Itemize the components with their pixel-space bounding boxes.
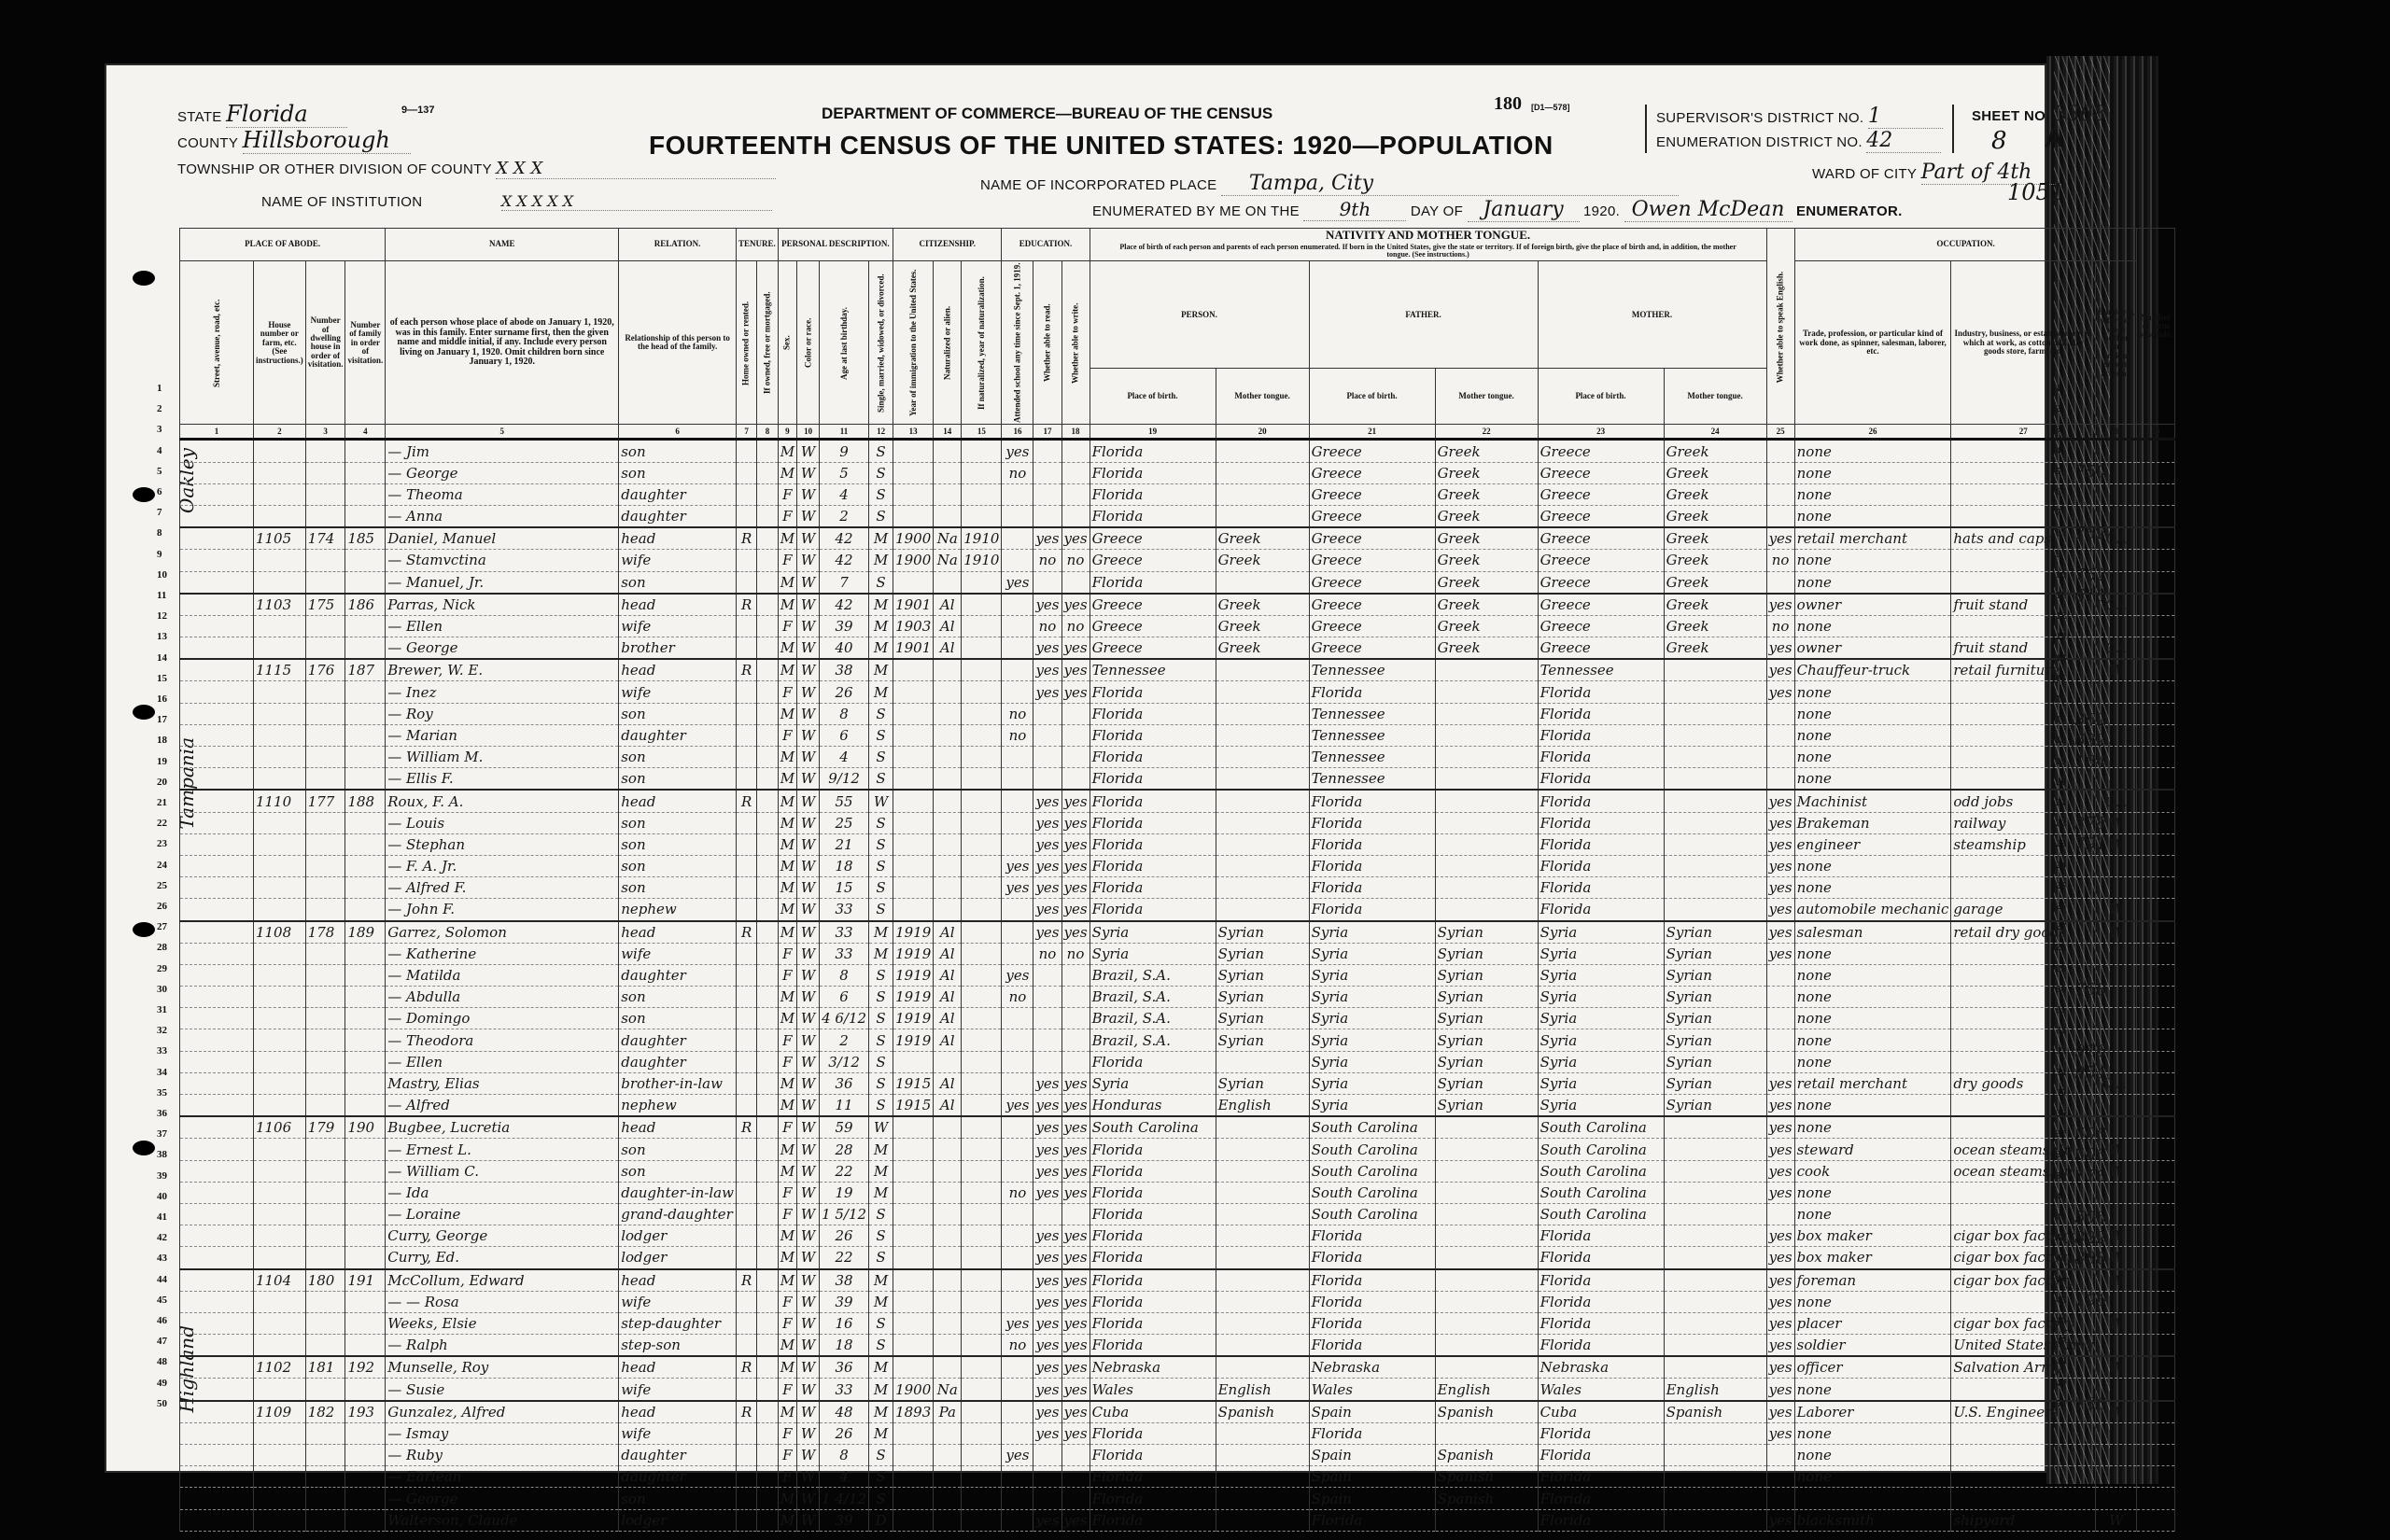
cell-trade: owner xyxy=(1794,637,1951,660)
cell-write xyxy=(1061,571,1090,594)
cell-street xyxy=(180,703,254,724)
cell-relation: head xyxy=(619,1269,737,1292)
cell-dwelling xyxy=(305,1247,345,1269)
cell-ftongue xyxy=(1435,703,1538,724)
cell-mort xyxy=(757,1291,778,1312)
cell-sex: M xyxy=(778,1488,796,1509)
cell-age: 2 xyxy=(820,1029,869,1051)
cell-mtongue xyxy=(1664,1225,1766,1247)
table-row: — TheomadaughterFW4SFloridaGreeceGreekGr… xyxy=(180,483,2175,505)
cell-write: yes xyxy=(1061,1422,1090,1444)
cell-family xyxy=(345,877,386,899)
cell-mtongue: English xyxy=(1664,1379,1766,1401)
cell-write xyxy=(1061,483,1090,505)
enumeration-district: 42 xyxy=(1866,129,1941,153)
col-6-header: Relationship of this person to the head … xyxy=(619,261,737,425)
line-number: 49 xyxy=(2056,1378,2066,1389)
cell-farm xyxy=(2137,594,2174,616)
cell-fpob: Florida xyxy=(1309,790,1435,812)
cell-mpob: South Carolina xyxy=(1538,1160,1664,1182)
cell-trade: none xyxy=(1794,1051,1951,1072)
table-row: 1103175186Parras, NickheadRMW42M1901Alye… xyxy=(180,594,2175,616)
cell-sex: M xyxy=(778,571,796,594)
cell-read: yes xyxy=(1033,1269,1061,1292)
cell-class xyxy=(2096,440,2137,462)
cell-mort xyxy=(757,899,778,921)
cell-pob: Brazil, S.A. xyxy=(1090,987,1216,1008)
cell-sex: M xyxy=(778,462,796,483)
cell-english: yes xyxy=(1766,1422,1794,1444)
cell-immig xyxy=(893,1335,934,1357)
cell-relation: wife xyxy=(619,550,737,571)
cell-nat: Na xyxy=(934,527,962,550)
cell-home: R xyxy=(736,594,756,616)
cell-mpob: Nebraska xyxy=(1538,1356,1664,1379)
cell-age: 33 xyxy=(820,899,869,921)
cell-nat xyxy=(934,571,962,594)
cell-school: yes xyxy=(1002,877,1033,899)
cell-pob: Brazil, S.A. xyxy=(1090,1008,1216,1029)
cell-natyear xyxy=(962,681,1002,703)
column-number: 5 xyxy=(386,425,619,440)
cell-family xyxy=(345,724,386,746)
cell-write: yes xyxy=(1061,833,1090,855)
cell-english: yes xyxy=(1766,1225,1794,1247)
cell-natyear xyxy=(962,790,1002,812)
cell-street xyxy=(180,1509,254,1531)
cell-race: W xyxy=(797,1095,820,1117)
cell-nat: Al xyxy=(934,615,962,637)
cell-nat xyxy=(934,1312,962,1334)
cell-read: yes xyxy=(1033,1291,1061,1312)
table-row: — InezwifeFW26MyesyesFloridaFloridaFlori… xyxy=(180,681,2175,703)
cell-street xyxy=(180,681,254,703)
cell-ftongue: Syrian xyxy=(1435,943,1538,964)
group-relation: RELATION. xyxy=(619,229,737,261)
cell-home xyxy=(736,1488,756,1509)
cell-immig: 1919 xyxy=(893,943,934,964)
cell-home: R xyxy=(736,1269,756,1292)
cell-mort xyxy=(757,1139,778,1160)
cell-family xyxy=(345,1182,386,1203)
cell-write: yes xyxy=(1061,1379,1090,1401)
cell-tongue xyxy=(1216,768,1309,791)
page-title: FOURTEENTH CENSUS OF THE UNITED STATES: … xyxy=(649,131,1553,161)
cell-marital: S xyxy=(869,1488,893,1509)
cell-farm xyxy=(2137,1401,2174,1423)
cell-tongue xyxy=(1216,1335,1309,1357)
cell-nat: Al xyxy=(934,1072,962,1094)
cell-farm xyxy=(2137,505,2174,527)
cell-mtongue: Greek xyxy=(1664,505,1766,527)
column-number: 24 xyxy=(1664,425,1766,440)
column-number: 28 xyxy=(2096,425,2137,440)
cell-mort xyxy=(757,1509,778,1531)
cell-english xyxy=(1766,1466,1794,1488)
cell-english: no xyxy=(1766,615,1794,637)
col-20-header: Mother tongue. xyxy=(1216,369,1309,425)
cell-farm xyxy=(2137,987,2174,1008)
line-number: 46 xyxy=(157,1315,167,1326)
cell-natyear xyxy=(962,615,1002,637)
cell-school: no xyxy=(1002,724,1033,746)
cell-relation: daughter xyxy=(619,724,737,746)
cell-dwelling: 174 xyxy=(305,527,345,550)
cell-nat: Pa xyxy=(934,1401,962,1423)
cell-name: — William M. xyxy=(386,747,619,768)
cell-name: Parras, Nick xyxy=(386,594,619,616)
cell-immig xyxy=(893,1291,934,1312)
cell-street xyxy=(180,987,254,1008)
cell-house xyxy=(253,964,305,986)
cell-industry xyxy=(1951,877,2096,899)
cell-street xyxy=(180,943,254,964)
cell-dwelling: 175 xyxy=(305,594,345,616)
line-number: 25 xyxy=(157,880,167,891)
table-row: — SusiewifeFW33M1900NayesyesWalesEnglish… xyxy=(180,1379,2175,1401)
cell-name: — Katherine xyxy=(386,943,619,964)
cell-dwelling xyxy=(305,1379,345,1401)
cell-age: 38 xyxy=(820,1269,869,1292)
cell-industry xyxy=(1951,1095,2096,1117)
cell-ftongue: Syrian xyxy=(1435,964,1538,986)
cell-home xyxy=(736,440,756,462)
cell-name: — Ellen xyxy=(386,1051,619,1072)
cell-ftongue xyxy=(1435,1247,1538,1269)
cell-marital: S xyxy=(869,1203,893,1225)
cell-trade: cook xyxy=(1794,1160,1951,1182)
cell-family xyxy=(345,550,386,571)
cell-fpob: Tennessee xyxy=(1309,768,1435,791)
cell-farm xyxy=(2137,659,2174,681)
cell-write: yes xyxy=(1061,1247,1090,1269)
cell-pob: Brazil, S.A. xyxy=(1090,1029,1216,1051)
cell-age: 33 xyxy=(820,1379,869,1401)
cell-family: 189 xyxy=(345,921,386,944)
cell-marital: S xyxy=(869,462,893,483)
cell-family: 187 xyxy=(345,659,386,681)
cell-tongue xyxy=(1216,1312,1309,1334)
line-number: 37 xyxy=(157,1128,167,1140)
cell-class xyxy=(2096,1466,2137,1488)
cell-home xyxy=(736,1291,756,1312)
cell-write xyxy=(1061,440,1090,462)
cell-ftongue xyxy=(1435,1269,1538,1292)
cell-tongue xyxy=(1216,1269,1309,1292)
cell-tongue xyxy=(1216,505,1309,527)
cell-house xyxy=(253,681,305,703)
group-father: FATHER. xyxy=(1309,261,1538,369)
cell-marital: M xyxy=(869,943,893,964)
line-number: 36 xyxy=(157,1108,167,1119)
cell-dwelling xyxy=(305,1422,345,1444)
cell-industry: retail furniture xyxy=(1951,659,2096,681)
cell-mort xyxy=(757,527,778,550)
column-number: 16 xyxy=(1002,425,1033,440)
cell-tongue xyxy=(1216,483,1309,505)
cell-pob: Florida xyxy=(1090,899,1216,921)
cell-family xyxy=(345,899,386,921)
cell-marital: M xyxy=(869,527,893,550)
cell-class xyxy=(2096,1095,2137,1117)
cell-name: — John F. xyxy=(386,899,619,921)
cell-marital: M xyxy=(869,1182,893,1203)
cell-nat: Al xyxy=(934,1029,962,1051)
column-number: 29 xyxy=(2137,425,2174,440)
cell-race: W xyxy=(797,1445,820,1466)
cell-mpob: Syria xyxy=(1538,1029,1664,1051)
cell-school xyxy=(1002,483,1033,505)
cell-pob: Nebraska xyxy=(1090,1356,1216,1379)
cell-race: W xyxy=(797,505,820,527)
cell-marital: M xyxy=(869,615,893,637)
cell-home: R xyxy=(736,527,756,550)
line-number: 20 xyxy=(157,777,167,788)
cell-house xyxy=(253,1291,305,1312)
cell-ftongue: Syrian xyxy=(1435,921,1538,944)
cell-mpob: South Carolina xyxy=(1538,1203,1664,1225)
cell-mpob: South Carolina xyxy=(1538,1116,1664,1139)
line-number: 23 xyxy=(157,838,167,849)
cell-mpob: Syria xyxy=(1538,1008,1664,1029)
occupation-code: 768 xyxy=(2074,980,2106,1000)
group-nativity: NATIVITY AND MOTHER TONGUE. Place of bir… xyxy=(1090,229,1766,261)
cell-mort xyxy=(757,1422,778,1444)
line-number: 21 xyxy=(2056,797,2066,808)
cell-name: — Ellis F. xyxy=(386,768,619,791)
column-number: 7 xyxy=(736,425,756,440)
line-number: 42 xyxy=(157,1232,167,1243)
cell-street xyxy=(180,1488,254,1509)
cell-street xyxy=(180,615,254,637)
cell-mtongue xyxy=(1664,1445,1766,1466)
cell-immig xyxy=(893,1509,934,1531)
cell-mtongue: Greek xyxy=(1664,550,1766,571)
cell-age: 26 xyxy=(820,681,869,703)
cell-english xyxy=(1766,1008,1794,1029)
cell-nat xyxy=(934,1116,962,1139)
cell-ftongue xyxy=(1435,681,1538,703)
cell-sex: M xyxy=(778,899,796,921)
cell-farm xyxy=(2137,1095,2174,1117)
cell-trade: officer xyxy=(1794,1356,1951,1379)
cell-home xyxy=(736,615,756,637)
department-title: DEPARTMENT OF COMMERCE—BUREAU OF THE CEN… xyxy=(822,105,1272,123)
cell-trade: none xyxy=(1794,505,1951,527)
cell-dwelling xyxy=(305,724,345,746)
group-tenure: TENURE. xyxy=(736,229,778,261)
cell-english xyxy=(1766,462,1794,483)
cell-class: W xyxy=(2096,1356,2137,1379)
cell-tongue: Syrian xyxy=(1216,943,1309,964)
cell-read: yes xyxy=(1033,637,1061,660)
cell-home xyxy=(736,1335,756,1357)
line-number: 33 xyxy=(157,1045,167,1057)
cell-sex: F xyxy=(778,681,796,703)
occupation-code: 916 xyxy=(2074,1042,2106,1061)
cell-read xyxy=(1033,505,1061,527)
cell-read: yes xyxy=(1033,1139,1061,1160)
cell-street xyxy=(180,462,254,483)
cell-write xyxy=(1061,1051,1090,1072)
cell-age: 26 xyxy=(820,1225,869,1247)
cell-sex: M xyxy=(778,1072,796,1094)
cell-english: yes xyxy=(1766,1095,1794,1117)
cell-read: yes xyxy=(1033,833,1061,855)
cell-natyear xyxy=(962,1422,1002,1444)
cell-name: — Stamvctina xyxy=(386,550,619,571)
line-number: 32 xyxy=(157,1025,167,1036)
cell-age: 36 xyxy=(820,1356,869,1379)
cell-family xyxy=(345,1291,386,1312)
cell-house: 1108 xyxy=(253,921,305,944)
cell-age: 3/12 xyxy=(820,1051,869,1072)
cell-family xyxy=(345,703,386,724)
occupation-code: 954 xyxy=(2074,1063,2106,1083)
line-number: 44 xyxy=(157,1274,167,1285)
census-rows: — JimsonMW9SyesFloridaGreeceGreekGreeceG… xyxy=(180,440,2175,1531)
col-11-header: Age at last birthday. xyxy=(820,261,869,425)
cell-street xyxy=(180,855,254,876)
line-number: 18 xyxy=(157,735,167,746)
cell-write: yes xyxy=(1061,1182,1090,1203)
cell-race: W xyxy=(797,571,820,594)
cell-read xyxy=(1033,1466,1061,1488)
line-number: 31 xyxy=(2056,1004,2066,1015)
cell-house xyxy=(253,1488,305,1509)
cell-natyear xyxy=(962,833,1002,855)
cell-natyear xyxy=(962,1401,1002,1423)
cell-school xyxy=(1002,833,1033,855)
cell-trade: none xyxy=(1794,483,1951,505)
column-number: 15 xyxy=(962,425,1002,440)
cell-natyear xyxy=(962,1488,1002,1509)
col-2-header: House number or farm, etc. (See instruct… xyxy=(253,261,305,425)
cell-nat: Al xyxy=(934,594,962,616)
cell-street xyxy=(180,747,254,768)
cell-read: yes xyxy=(1033,1509,1061,1531)
cell-farm xyxy=(2137,1008,2174,1029)
cell-house xyxy=(253,1139,305,1160)
cell-natyear xyxy=(962,659,1002,681)
cell-sex: F xyxy=(778,1312,796,1334)
cell-age: 55 xyxy=(820,790,869,812)
cell-mtongue: Syrian xyxy=(1664,987,1766,1008)
cell-name: — Jim xyxy=(386,440,619,462)
cell-trade: none xyxy=(1794,703,1951,724)
cell-immig xyxy=(893,659,934,681)
cell-school xyxy=(1002,1291,1033,1312)
cell-race: W xyxy=(797,1356,820,1379)
cell-immig xyxy=(893,724,934,746)
enumeration-district-label: Enumeration District No. xyxy=(1656,134,1863,150)
cell-fpob: Florida xyxy=(1309,681,1435,703)
cell-immig xyxy=(893,571,934,594)
cell-family xyxy=(345,440,386,462)
institution-label: Name of Institution xyxy=(261,194,422,210)
cell-read: no xyxy=(1033,550,1061,571)
cell-industry: shipyard xyxy=(1951,1509,2096,1531)
cell-read xyxy=(1033,1029,1061,1051)
line-number: 27 xyxy=(157,921,167,932)
cell-mpob: Florida xyxy=(1538,724,1664,746)
cell-race: W xyxy=(797,833,820,855)
line-number: 43 xyxy=(2056,1253,2066,1264)
cell-sex: F xyxy=(778,943,796,964)
cell-home xyxy=(736,964,756,986)
line-number: 6 xyxy=(157,486,162,497)
line-number: 26 xyxy=(157,901,167,912)
cell-relation: head xyxy=(619,1401,737,1423)
col-14-header: Naturalized or alien. xyxy=(934,261,962,425)
cell-ftongue xyxy=(1435,1116,1538,1139)
cell-race: W xyxy=(797,1488,820,1509)
cell-age: 6 xyxy=(820,724,869,746)
column-number: 25 xyxy=(1766,425,1794,440)
cell-nat xyxy=(934,768,962,791)
line-number: 7 xyxy=(2056,507,2061,518)
cell-race: W xyxy=(797,987,820,1008)
cell-write xyxy=(1061,703,1090,724)
cell-class xyxy=(2096,1335,2137,1357)
cell-sex: M xyxy=(778,703,796,724)
cell-natyear xyxy=(962,1509,1002,1531)
cell-name: Brewer, W. E. xyxy=(386,659,619,681)
col-10-header: Color or race. xyxy=(797,261,820,425)
line-number: 1 xyxy=(157,383,162,394)
cell-house xyxy=(253,550,305,571)
cell-fpob: Greece xyxy=(1309,550,1435,571)
cell-relation: son xyxy=(619,877,737,899)
cell-tongue: English xyxy=(1216,1095,1309,1117)
line-number: 16 xyxy=(2056,693,2066,705)
cell-tongue xyxy=(1216,440,1309,462)
cell-street xyxy=(180,1225,254,1247)
cell-relation: son xyxy=(619,571,737,594)
cell-mtongue xyxy=(1664,1466,1766,1488)
cell-mort xyxy=(757,637,778,660)
cell-class: W xyxy=(2096,921,2137,944)
cell-house xyxy=(253,1029,305,1051)
cell-street xyxy=(180,964,254,986)
cell-age: 36 xyxy=(820,1072,869,1094)
cell-name: — Ralph xyxy=(386,1335,619,1357)
cell-school: no xyxy=(1002,1335,1033,1357)
cell-mtongue xyxy=(1664,1116,1766,1139)
cell-natyear xyxy=(962,1095,1002,1117)
cell-trade: none xyxy=(1794,1203,1951,1225)
cell-immig xyxy=(893,812,934,833)
cell-pob: Florida xyxy=(1090,1225,1216,1247)
line-number: 30 xyxy=(2056,984,2066,995)
cell-marital: M xyxy=(869,1401,893,1423)
cell-mpob: Florida xyxy=(1538,703,1664,724)
occupation-code: 178 xyxy=(2074,1167,2106,1186)
cell-ftongue: Spanish xyxy=(1435,1466,1538,1488)
cell-dwelling: 181 xyxy=(305,1356,345,1379)
cell-ftongue xyxy=(1435,812,1538,833)
cell-house xyxy=(253,943,305,964)
cell-dwelling xyxy=(305,637,345,660)
cell-nat xyxy=(934,1335,962,1357)
cell-fpob: Greece xyxy=(1309,594,1435,616)
cell-home xyxy=(736,1008,756,1029)
cell-sex: F xyxy=(778,615,796,637)
cell-home xyxy=(736,1072,756,1094)
cell-ftongue xyxy=(1435,768,1538,791)
header-enumerated: Enumerated by me on the 9th day of Janua… xyxy=(1092,198,1903,222)
state-value: Florida xyxy=(226,101,347,128)
